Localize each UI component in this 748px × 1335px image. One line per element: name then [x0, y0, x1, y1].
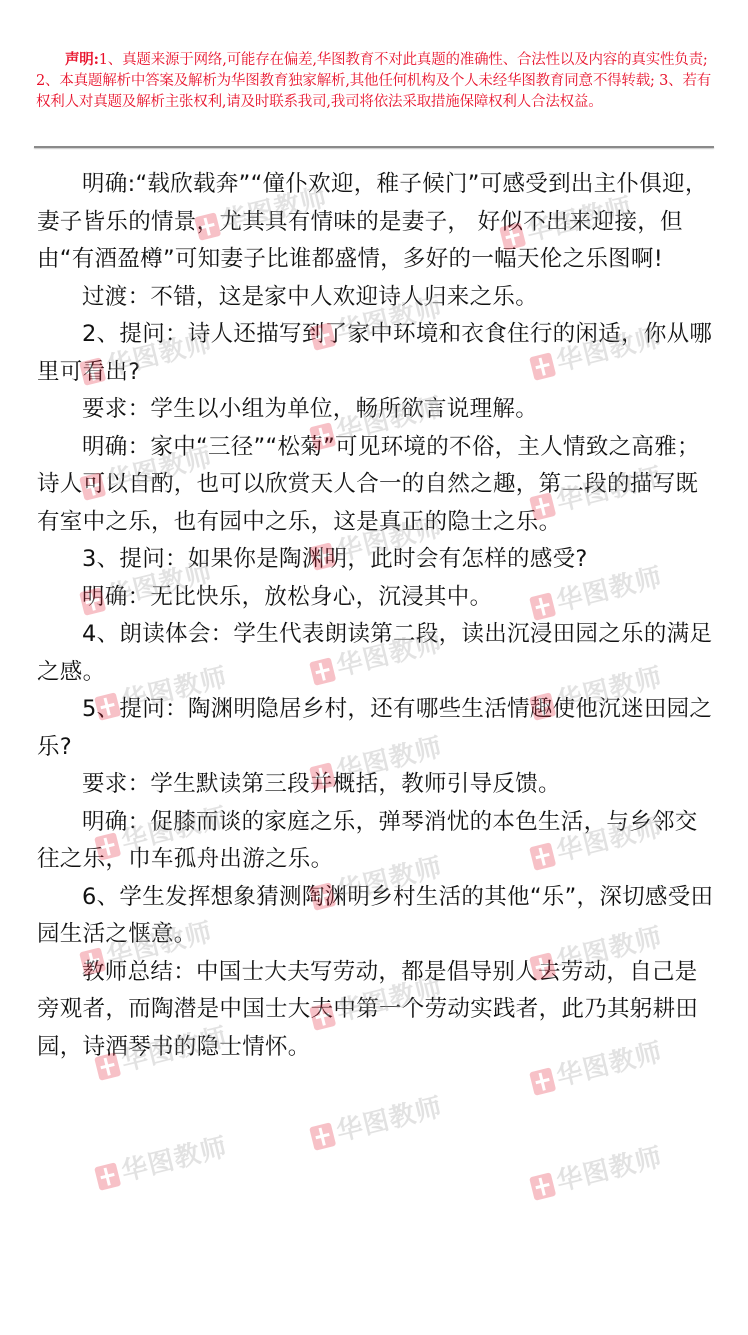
paragraph-clarify-environment: 明确：家中“三径”“松菊”可见环境的不俗，主人情致之高雅；诗人可以自酌，也可以欣…: [37, 429, 717, 542]
watermark-logo-icon: [309, 1122, 336, 1151]
paragraph-activity-6: 6、学生发挥想象猜测陶渊明乡村生活的其他“乐”，深切感受田园生活之惬意。: [37, 879, 717, 954]
watermark-logo-icon: [94, 1162, 121, 1191]
paragraph-requirement-2: 要求：学生默读第三段并概括，教师引导反馈。: [37, 766, 717, 804]
watermark: 华图教师: [94, 1134, 230, 1192]
watermark: 华图教师: [529, 1144, 665, 1202]
disclaimer-label: 声明:: [65, 51, 99, 68]
paragraph-question-3: 3、提问：如果你是陶渊明，此时会有怎样的感受?: [37, 541, 717, 579]
paragraph-clarify-joys: 明确：促膝而谈的家庭之乐，弹琴消忧的本色生活，与乡邻交往之乐，巾车孤舟出游之乐。: [37, 804, 717, 879]
header-divider: [34, 146, 714, 148]
paragraph-reading-4: 4、朗读体会：学生代表朗读第二段，读出沉浸田园之乐的满足之感。: [37, 616, 717, 691]
watermark-logo-icon: [529, 1172, 556, 1201]
paragraph-teacher-summary: 教师总结：中国士大夫写劳动，都是倡导别人去劳动，自己是旁观者，而陶潜是中国士大夫…: [37, 954, 717, 1067]
paragraph-clarify-feeling: 明确：无比快乐，放松身心，沉浸其中。: [37, 579, 717, 617]
paragraph-clarify-welcome: 明确:“载欣载奔”“僮仆欢迎，稚子候门”可感受到出主仆俱迎，妻子皆乐的情景，尤其…: [37, 166, 717, 279]
disclaimer-notice: 声明:1、真题来源于网络,可能存在偏差,华图教育不对此真题的准确性、合法性以及内…: [36, 49, 712, 113]
paragraph-question-2: 2、提问：诗人还描写到了家中环境和衣食住行的闲适，你从哪里可看出?: [37, 316, 717, 391]
paragraph-question-5: 5、提问：陶渊明隐居乡村，还有哪些生活情趣使他沉迷田园之乐?: [37, 691, 717, 766]
paragraph-requirement-1: 要求：学生以小组为单位，畅所欲言说理解。: [37, 391, 717, 429]
disclaimer-text: 1、真题来源于网络,可能存在偏差,华图教育不对此真题的准确性、合法性以及内容的真…: [36, 52, 711, 110]
watermark-logo-icon: [529, 1067, 556, 1096]
watermark: 华图教师: [309, 1094, 445, 1152]
paragraph-transition: 过渡：不错，这是家中人欢迎诗人归来之乐。: [37, 279, 717, 317]
document-body: 明确:“载欣载奔”“僮仆欢迎，稚子候门”可感受到出主仆俱迎，妻子皆乐的情景，尤其…: [37, 166, 717, 1066]
